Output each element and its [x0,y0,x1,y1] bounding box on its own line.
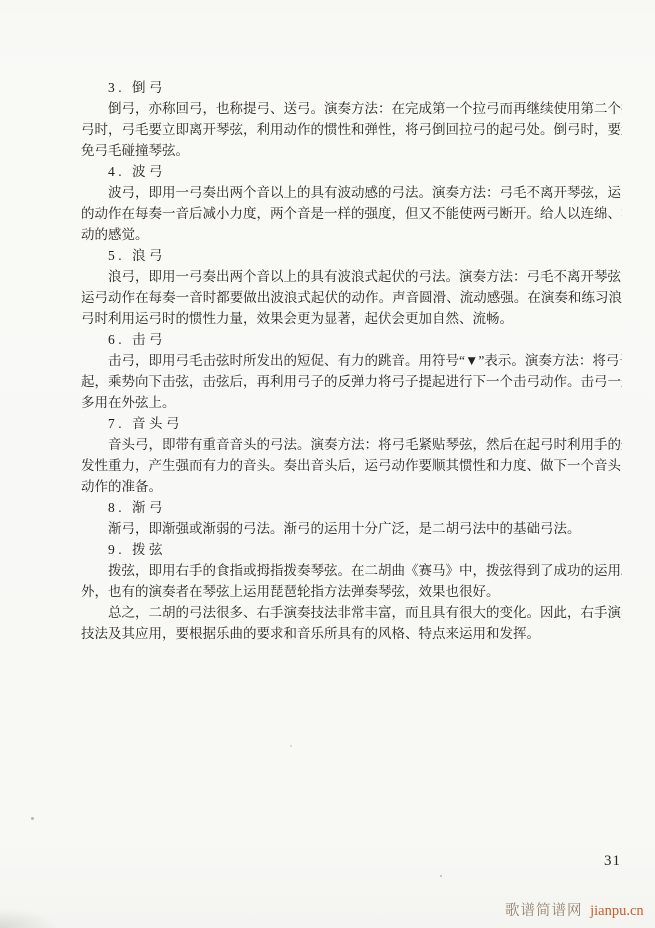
scanned-book-page: 3. 倒弓倒弓，亦称回弓，也称提弓、送弓。演奏方法：在完成第一个拉弓而再继续使用… [0,0,655,928]
section-heading: 6. 击弓 [81,329,622,350]
text-line: 弓时，弓毛要立即离开琴弦，利用动作的惯性和弹性，将弓倒回拉弓的起弓处。倒弓时，要… [81,119,622,140]
section-heading: 7. 音头弓 [81,413,622,434]
text-line: 免弓毛碰撞琴弦。 [81,140,622,161]
section-heading: 8. 渐弓 [81,497,622,518]
text-line: 弓时利用运弓时的惯性力量，效果会更为显著，起伏会更加自然、流畅。 [81,308,622,329]
scan-speck [440,875,442,877]
section-heading: 9. 拨弦 [81,539,622,560]
scan-corner-shadow [0,908,60,928]
text-line: 起，乘势向下击弦，击弦后，再利用弓子的反弹力将弓子提起进行下一个击弓动作。击弓一… [81,371,622,392]
text-line: 击弓，即用弓毛击弦时所发出的短促、有力的跳音。用符号“▼”表示。演奏方法：将弓子… [81,350,622,371]
text-line: 浪弓，即用一弓奏出两个音以上的具有波浪式起伏的弓法。演奏方法：弓毛不离开琴弦， [81,266,622,287]
text-line: 的动作在每奏一音后减小力度，两个音是一样的强度，但又不能使两弓断开。给人以连绵、… [81,203,622,224]
text-line: 技法及其应用，要根据乐曲的要求和音乐所具有的风格、特点来运用和发挥。 [81,623,622,644]
section-heading: 4. 波弓 [81,161,622,182]
text-line: 渐弓，即渐强或渐弱的弓法。渐弓的运用十分广泛，是二胡弓法中的基础弓法。 [81,518,622,539]
text-line: 总之，二胡的弓法很多、右手演奏技法非常丰富，而且具有很大的变化。因此，右手演奏 [81,602,622,623]
watermark-site-name: 歌谱简谱网 [505,903,583,919]
page-number: 31 [604,853,621,870]
scan-speck [290,745,292,747]
text-line: 波弓，即用一弓奏出两个音以上的具有波动感的弓法。演奏方法：弓毛不离开琴弦，运弓 [81,182,622,203]
scan-speck [31,817,34,820]
text-line: 运弓动作在每奏一音时都要做出波浪式起伏的动作。声音圆滑、流动感强。在演奏和练习浪 [81,287,622,308]
text-line: 动作的准备。 [81,476,622,497]
text-line: 发性重力，产生强而有力的音头。奏出音头后，运弓动作要顺其惯性和力度、做下一个音头… [81,455,622,476]
text-line: 拨弦，即用右手的食指或拇指拨奏琴弦。在二胡曲《赛马》中，拨弦得到了成功的运用。另 [81,560,622,581]
text-line: 动的感觉。 [81,224,622,245]
watermark-site-url: jianpu.cn [590,903,644,919]
watermark: 歌谱简谱网 jianpu.cn [505,899,644,920]
section-heading: 3. 倒弓 [81,77,622,98]
section-heading: 5. 浪弓 [81,245,622,266]
text-block: 3. 倒弓倒弓，亦称回弓，也称提弓、送弓。演奏方法：在完成第一个拉弓而再继续使用… [81,77,622,644]
text-line: 倒弓，亦称回弓，也称提弓、送弓。演奏方法：在完成第一个拉弓而再继续使用第二个拉 [81,98,622,119]
text-line: 多用在外弦上。 [81,392,622,413]
text-line: 音头弓，即带有重音音头的弓法。演奏方法：将弓毛紧贴琴弦，然后在起弓时利用手的爆 [81,434,622,455]
text-line: 外，也有的演奏者在琴弦上运用琵琶轮指方法弹奏琴弦，效果也很好。 [81,581,622,602]
